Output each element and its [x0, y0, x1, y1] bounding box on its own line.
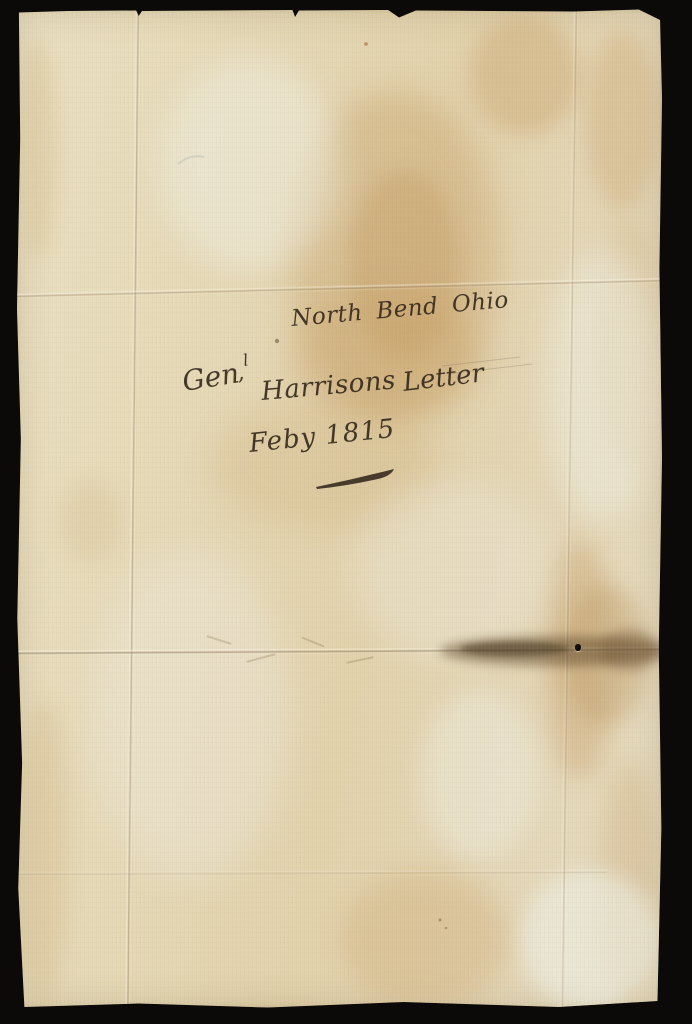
pale-patch: [520, 870, 660, 1010]
crease-wrinkle: [206, 635, 231, 645]
crease-wrinkle: [246, 653, 275, 663]
age-stain: [600, 210, 660, 470]
crease-wrinkle: [301, 637, 324, 648]
fold-crease-vertical-right: [559, 9, 579, 1010]
pinhole: [575, 644, 581, 651]
age-stain: [18, 40, 58, 260]
pale-patch: [545, 250, 660, 520]
age-stain: [290, 290, 480, 420]
age-stain: [470, 15, 580, 135]
letter-paper: [16, 9, 662, 1008]
photo-backdrop: North Bend Ohio Gen l , Harrisons Letter…: [0, 0, 692, 1024]
dark-crease-stain: [440, 636, 670, 666]
age-stain: [18, 700, 68, 1010]
pale-patch: [350, 480, 550, 660]
pale-patch: [90, 550, 290, 880]
age-stain: [350, 170, 460, 360]
age-stain: [210, 400, 440, 530]
fold-crease-horizontal-upper: [17, 277, 661, 299]
age-stain: [600, 760, 660, 1010]
pale-patch: [160, 60, 340, 270]
age-stain: [585, 30, 660, 210]
age-stain: [545, 540, 615, 780]
age-stain: [60, 480, 120, 560]
fold-crease-horizontal-lower-faint: [17, 869, 607, 877]
age-stain: [290, 90, 500, 420]
dark-crease-stain: [600, 630, 660, 670]
age-stain: [560, 585, 650, 725]
dark-crease-stain-core: [460, 642, 570, 656]
age-stain: [340, 870, 510, 1010]
crease-wrinkle: [346, 656, 374, 664]
fold-crease-vertical-left: [125, 9, 141, 1010]
fold-crease-horizontal-middle: [17, 646, 661, 656]
pale-patch: [420, 690, 540, 860]
